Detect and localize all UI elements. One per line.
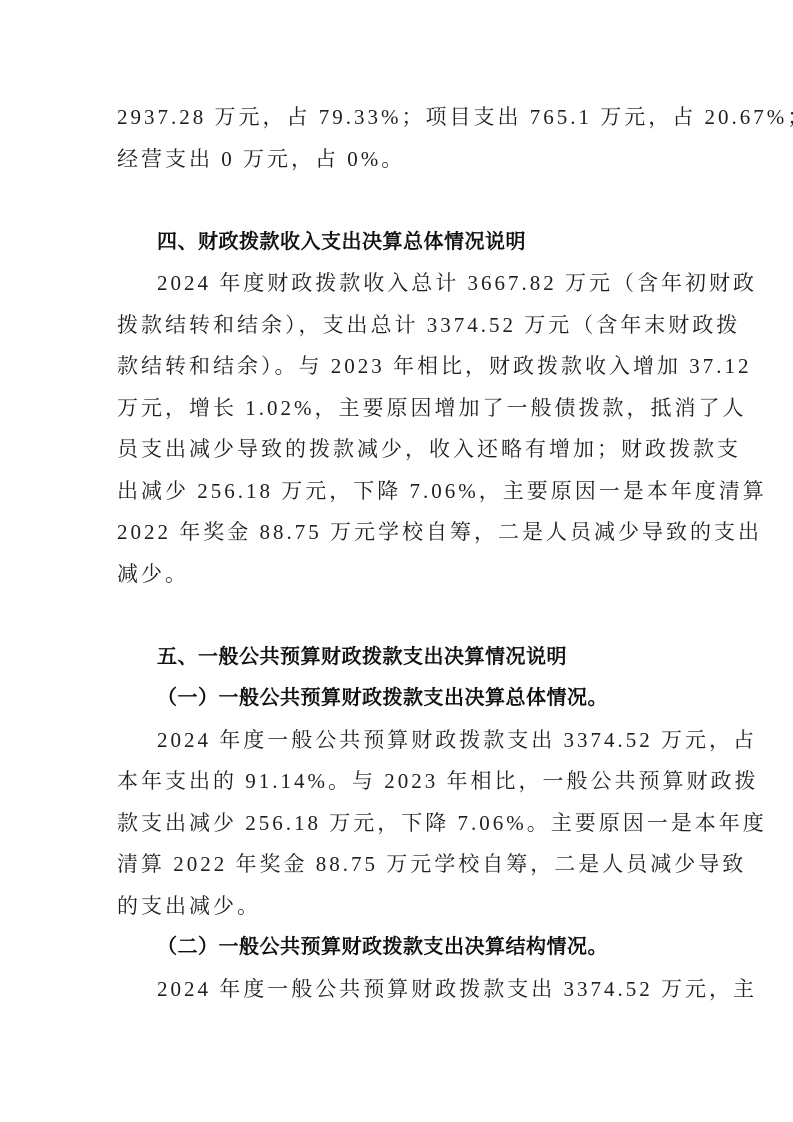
document-text-line: 本年支出的 91.14%。与 2023 年相比，一般公共预算财政拨 — [117, 761, 749, 803]
blank-line — [117, 595, 749, 637]
document-text-line: 万元，增长 1.02%，主要原因增加了一般债拨款，抵消了人 — [117, 388, 749, 430]
document-text-line: 员支出减少导致的拨款减少，收入还略有增加；财政拨款支 — [117, 429, 749, 471]
document-page: 2937.28 万元，占 79.33%；项目支出 765.1 万元，占 20.6… — [0, 0, 793, 1122]
subsection-heading: （一）一般公共预算财政拨款支出决算总体情况。 — [117, 678, 749, 720]
document-text-line: 减少。 — [117, 554, 749, 596]
document-text-line: 款支出减少 256.18 万元，下降 7.06%。主要原因一是本年度 — [117, 803, 749, 845]
document-text-line: 出减少 256.18 万元，下降 7.06%，主要原因一是本年度清算 — [117, 471, 749, 513]
document-text-line: 款结转和结余）。与 2023 年相比，财政拨款收入增加 37.12 — [117, 346, 749, 388]
section-heading: 五、一般公共预算财政拨款支出决算情况说明 — [117, 637, 749, 679]
document-text-line: 经营支出 0 万元，占 0%。 — [117, 139, 749, 181]
blank-line — [117, 180, 749, 222]
document-text-line: 拨款结转和结余），支出总计 3374.52 万元（含年末财政拨 — [117, 305, 749, 347]
document-text-line: 的支出减少。 — [117, 886, 749, 928]
document-text-line: 清算 2022 年奖金 88.75 万元学校自筹，二是人员减少导致 — [117, 844, 749, 886]
document-text-line: 2022 年奖金 88.75 万元学校自筹，二是人员减少导致的支出 — [117, 512, 749, 554]
document-text-line: 2024 年度一般公共预算财政拨款支出 3374.52 万元，占 — [117, 720, 749, 762]
document-text-line: 2937.28 万元，占 79.33%；项目支出 765.1 万元，占 20.6… — [117, 97, 749, 139]
document-content: 2937.28 万元，占 79.33%；项目支出 765.1 万元，占 20.6… — [117, 97, 749, 1010]
document-text-line: 2024 年度财政拨款收入总计 3667.82 万元（含年初财政 — [117, 263, 749, 305]
subsection-heading: （二）一般公共预算财政拨款支出决算结构情况。 — [117, 927, 749, 969]
section-heading: 四、财政拨款收入支出决算总体情况说明 — [117, 222, 749, 264]
document-text-line: 2024 年度一般公共预算财政拨款支出 3374.52 万元，主 — [117, 969, 749, 1011]
